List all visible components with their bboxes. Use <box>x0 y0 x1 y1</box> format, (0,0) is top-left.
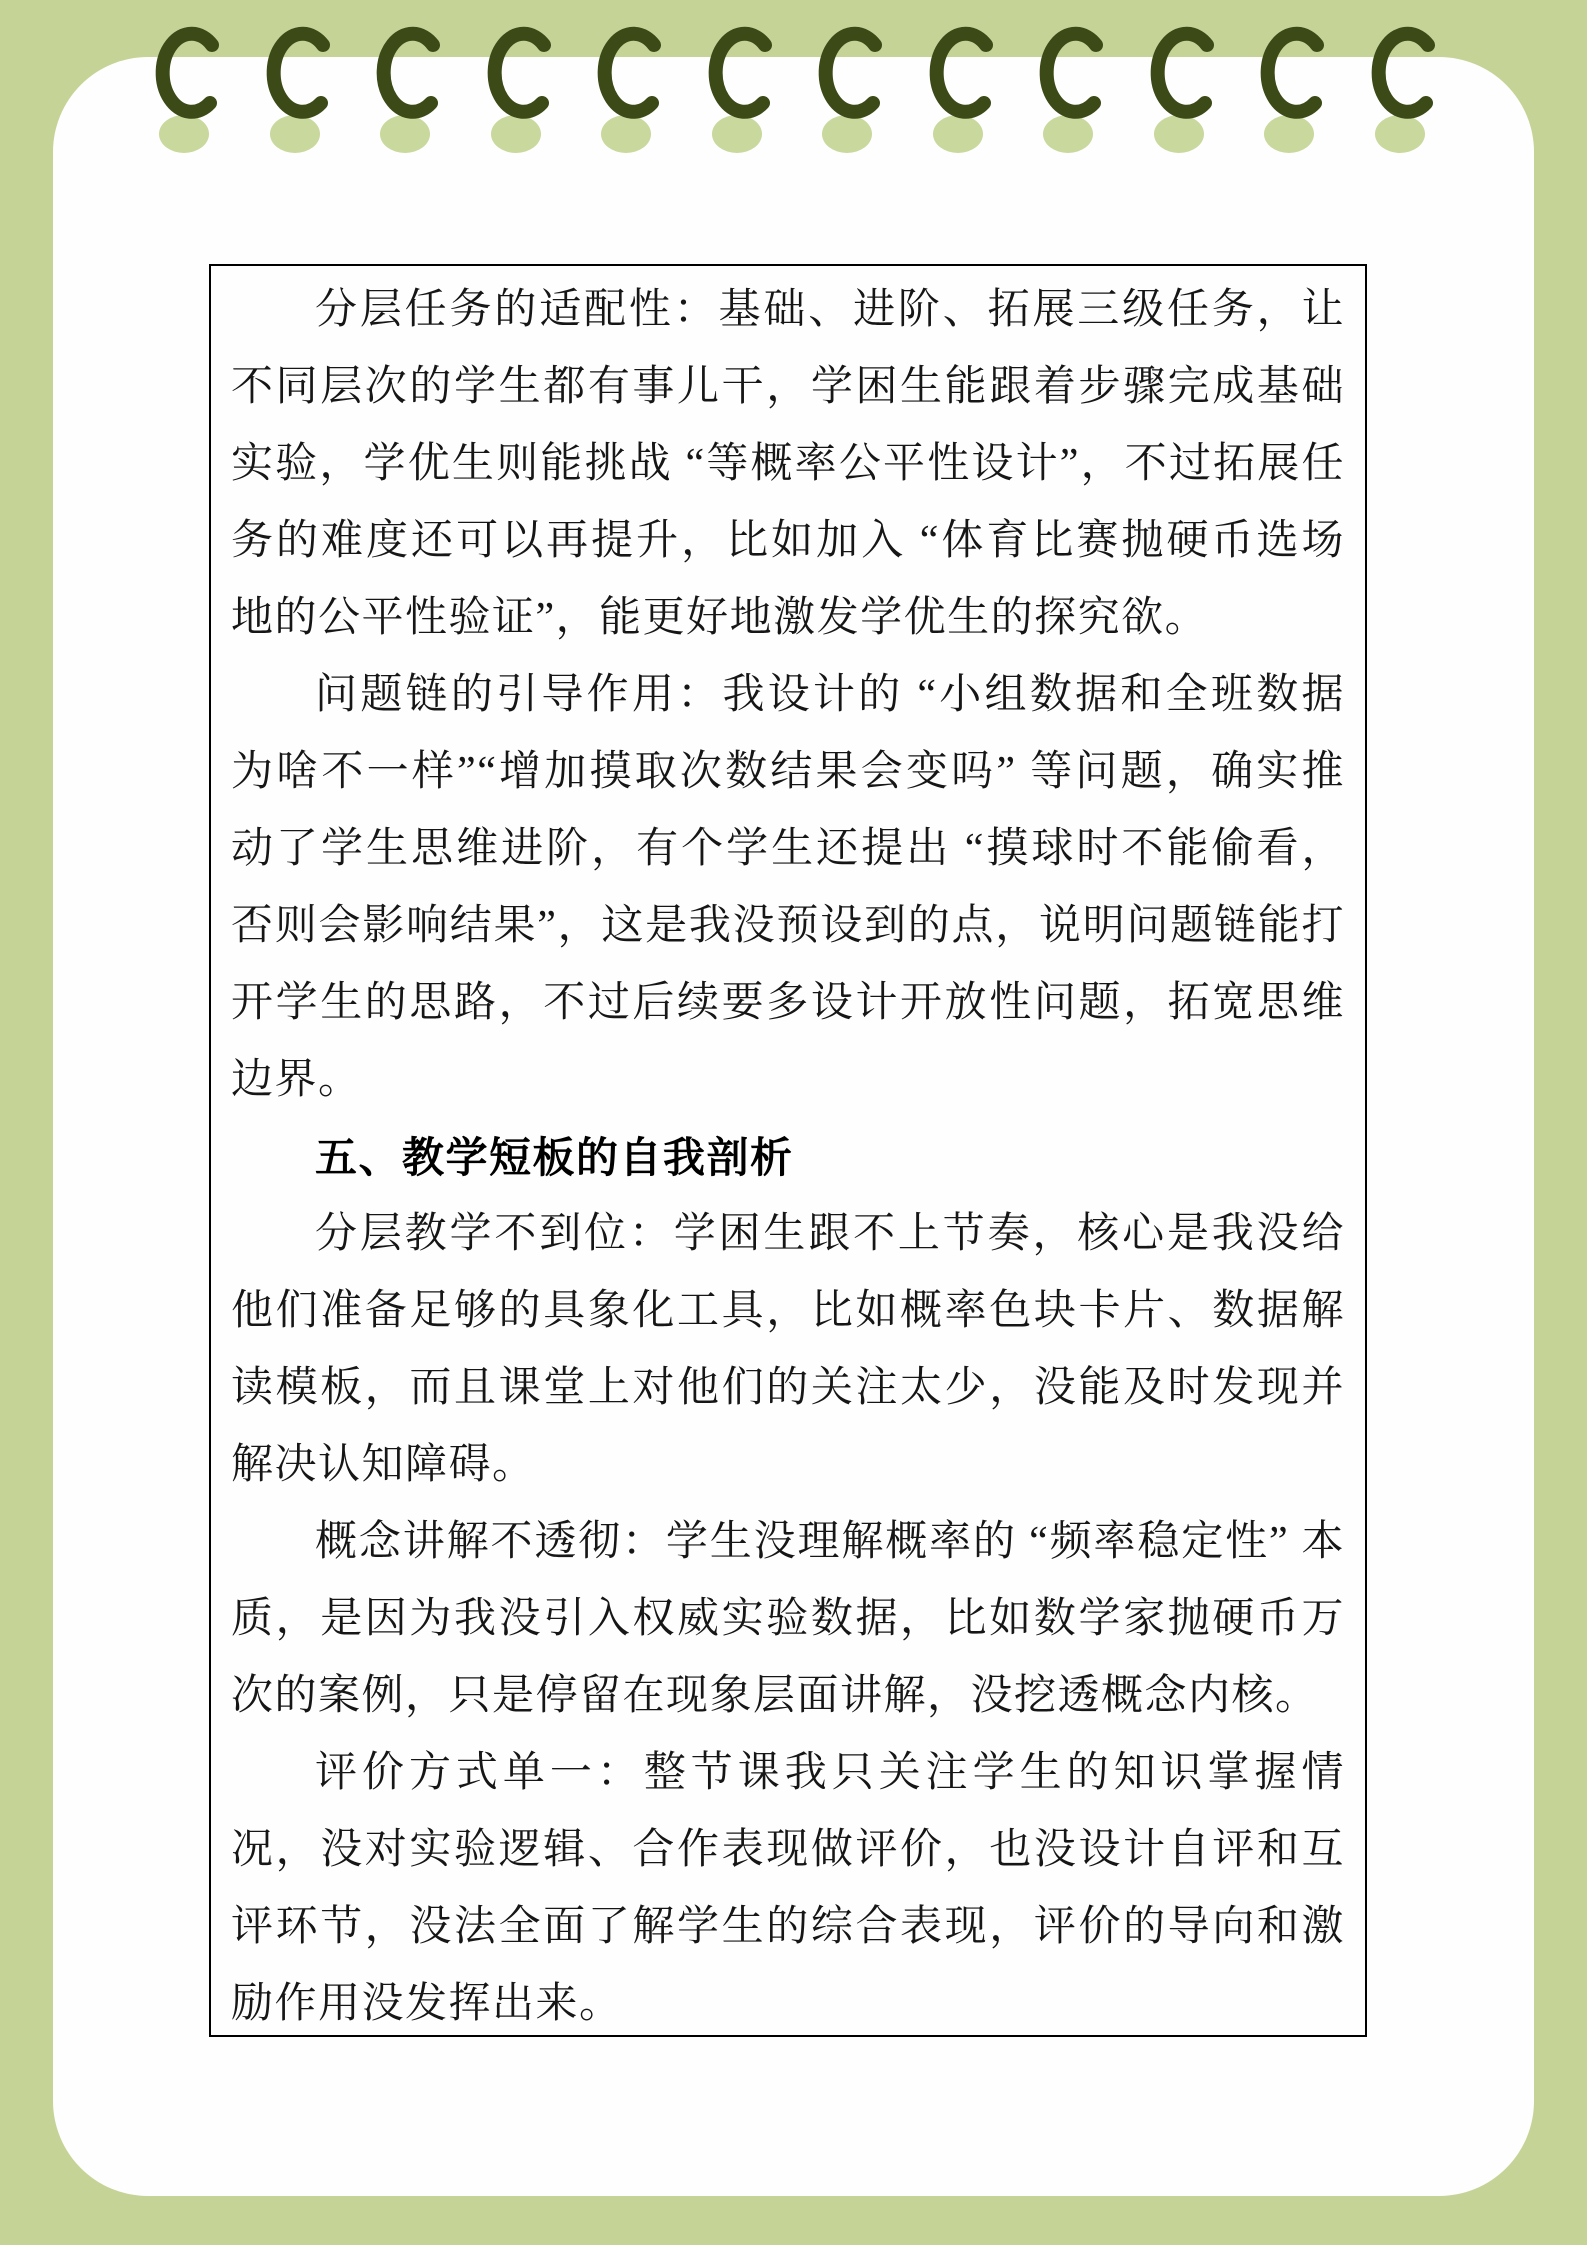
binder-ring <box>1258 25 1336 160</box>
binder-ring <box>374 25 452 160</box>
ring-arc-icon <box>1037 25 1115 125</box>
content-box: 分层任务的适配性：基础、进阶、拓展三级任务，让不同层次的学生都有事儿干，学困生能… <box>209 264 1367 2037</box>
ring-arc-icon <box>153 25 231 125</box>
binder-ring <box>1369 25 1447 160</box>
spiral-binding <box>153 25 1447 160</box>
binder-ring <box>485 25 563 160</box>
binder-ring <box>264 25 342 160</box>
body-paragraph: 分层任务的适配性：基础、进阶、拓展三级任务，让不同层次的学生都有事儿干，学困生能… <box>231 272 1345 657</box>
section-heading: 五、教学短板的自我剖析 <box>231 1119 1345 1196</box>
ring-arc-icon <box>1369 25 1447 125</box>
binder-ring <box>153 25 231 160</box>
body-paragraph: 评价方式单一：整节课我只关注学生的知识掌握情况，没对实验逻辑、合作表现做评价，也… <box>231 1735 1345 2043</box>
binder-ring <box>706 25 784 160</box>
binder-ring <box>1037 25 1115 160</box>
body-paragraph: 概念讲解不透彻：学生没理解概率的 “频率稳定性” 本质，是因为我没引入权威实验数… <box>231 1504 1345 1735</box>
ring-arc-icon <box>374 25 452 125</box>
binder-ring <box>927 25 1005 160</box>
body-paragraph: 问题链的引导作用：我设计的 “小组数据和全班数据为啥不一样”“增加摸取次数结果会… <box>231 657 1345 1119</box>
ring-arc-icon <box>595 25 673 125</box>
binder-ring <box>595 25 673 160</box>
ring-arc-icon <box>485 25 563 125</box>
ring-arc-icon <box>1148 25 1226 125</box>
notebook-page: { "notebook": { "ring_count": 12, "color… <box>0 0 1587 2245</box>
ring-arc-icon <box>927 25 1005 125</box>
ring-arc-icon <box>264 25 342 125</box>
ring-arc-icon <box>706 25 784 125</box>
binder-ring <box>816 25 894 160</box>
binder-ring <box>1148 25 1226 160</box>
ring-arc-icon <box>816 25 894 125</box>
ring-arc-icon <box>1258 25 1336 125</box>
body-paragraph: 分层教学不到位：学困生跟不上节奏，核心是我没给他们准备足够的具象化工具，比如概率… <box>231 1196 1345 1504</box>
